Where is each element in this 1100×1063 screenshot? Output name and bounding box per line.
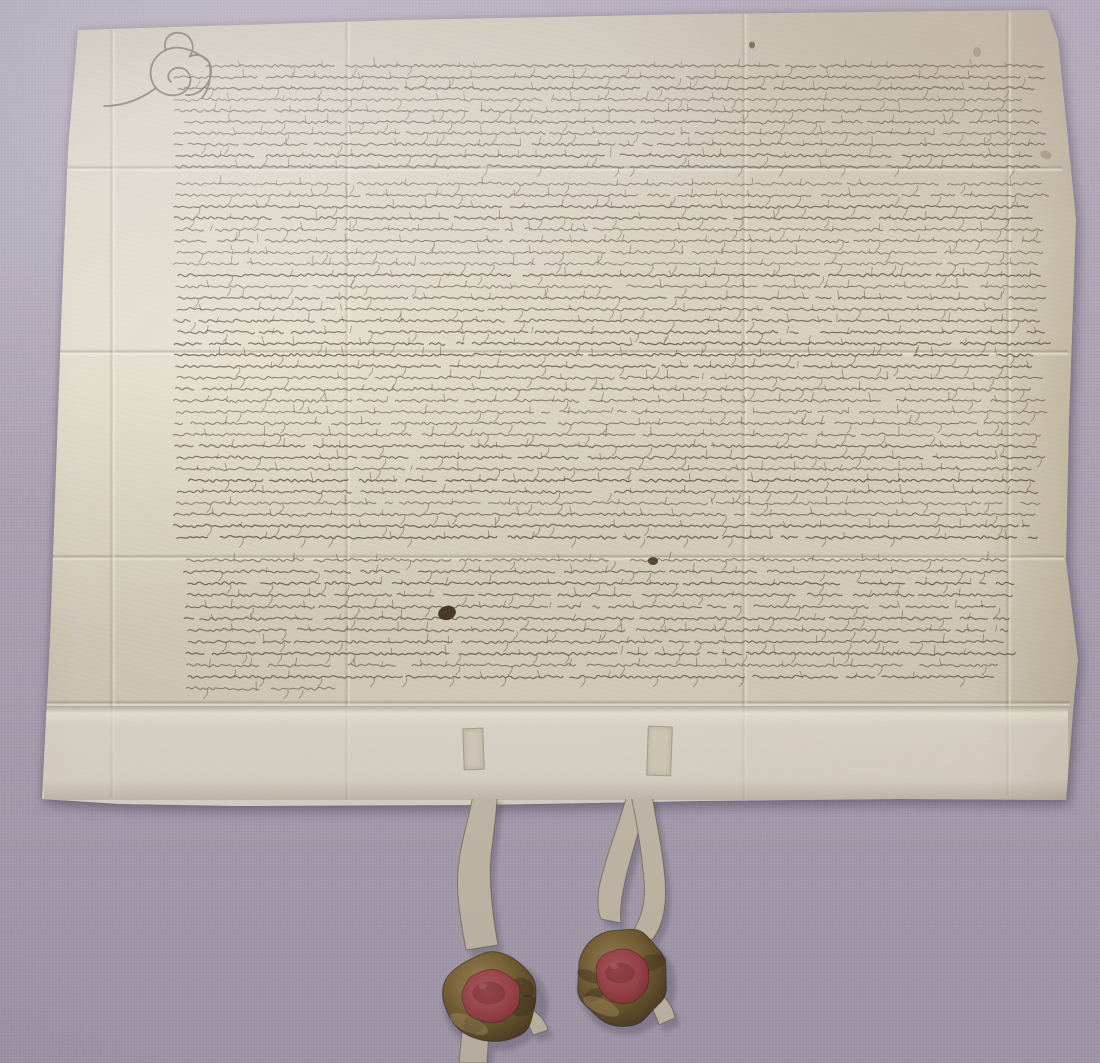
seal-impression [605,963,635,984]
ink-spot [648,557,658,565]
left-seal [443,952,541,1042]
manuscript-artwork [0,0,1100,1063]
body-lines [173,176,1050,548]
opening-lines [174,58,1046,177]
ink-spot [749,42,755,49]
ink-spot [1039,149,1053,161]
seal-impression [473,982,506,1005]
opening-flourish-initial [104,33,211,106]
ink-spot [973,47,981,57]
photo-of-parchment-charter [0,0,1100,1063]
closing-lines [184,552,1015,699]
handwriting [173,58,1050,699]
